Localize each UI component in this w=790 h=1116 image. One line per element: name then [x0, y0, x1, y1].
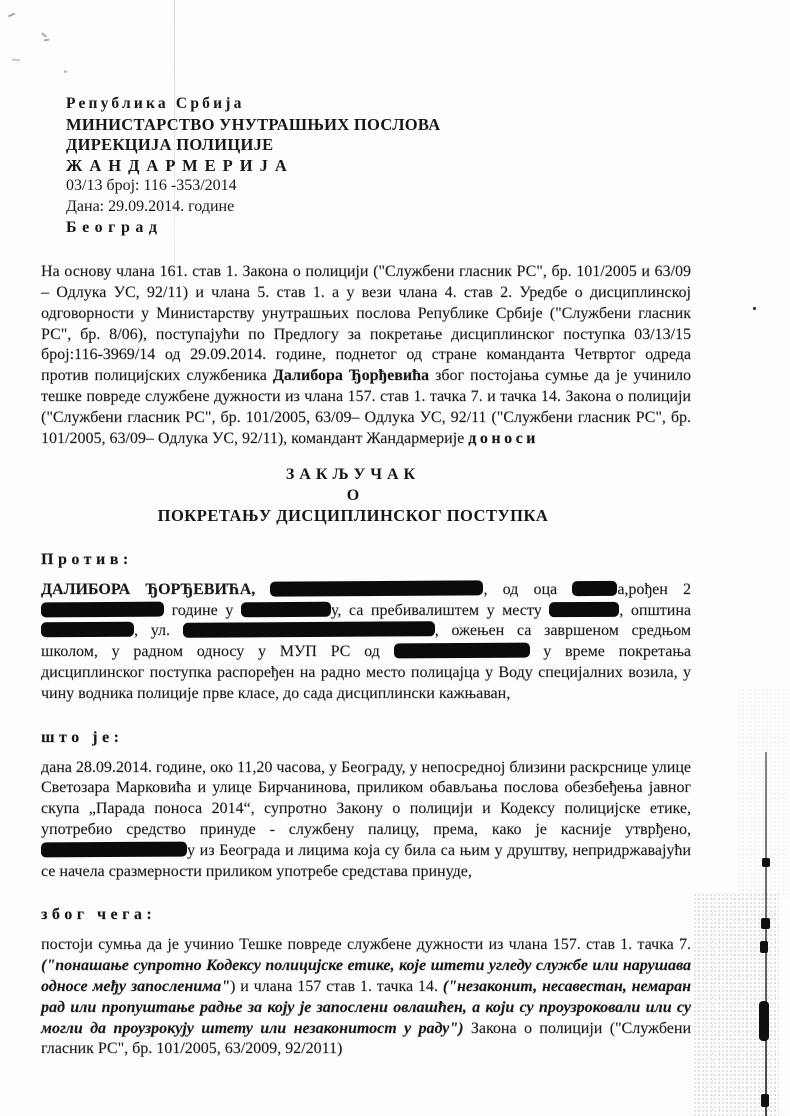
redaction-bar	[394, 643, 530, 659]
case-number: 03/13 број: 116 -353/2014	[66, 176, 691, 197]
scan-artifact-mark	[8, 13, 15, 17]
scan-artifact-edge-blob	[762, 858, 770, 867]
scan-artifact-edge-blob	[761, 918, 770, 929]
redaction-bar	[41, 841, 187, 857]
letterhead-city: Београд	[66, 218, 691, 239]
scan-artifact-edge-blob	[759, 1001, 769, 1041]
scan-artifact-edge-blob	[761, 1094, 769, 1107]
text-segment: године у	[164, 602, 241, 619]
scanned-document-page: Република Србија МИНИСТАРСТВО УНУТРАШЊИХ…	[0, 0, 790, 1116]
text-segment: , ул.	[134, 622, 183, 639]
text-segment: ) и члана 157 став 1. тачка 14.	[230, 978, 443, 995]
title-line-zakljucak: ЗАКЉУЧАК	[41, 465, 665, 486]
text-segment: Далибора Ђорђевића	[273, 367, 429, 384]
incident-description-paragraph: дана 28.09.2014. године, око 11,20 часов…	[41, 758, 691, 883]
scan-artifact-dot	[753, 307, 756, 310]
text-segment: у, са пребивалиштем у месту	[331, 602, 549, 619]
date-line: Дана: 29.09.2014. године	[66, 197, 691, 218]
title-line-pokretanju: ПОКРЕТАЊУ ДИСЦИПЛИНСКОГ ПОСТУПКА	[41, 506, 665, 527]
document-content: Република Србија МИНИСТАРСТВО УНУТРАШЊИХ…	[41, 0, 691, 1060]
charges-paragraph: постоји сумња да је учинио Тешке повреде…	[41, 935, 691, 1060]
legal-basis-paragraph: На основу члана 161. став 1. Закона о по…	[41, 262, 691, 449]
text-segment: постоји сумња да је учинио Тешке повреде…	[41, 936, 691, 953]
letterhead-ministry: МИНИСТАРСТВО УНУТРАШЊИХ ПОСЛОВА	[66, 115, 691, 136]
what-label: што је:	[41, 729, 691, 747]
subject-details-paragraph: ДАЛИБОРА ЂОРЂЕВИЋА, , од оца а,рођен 2 г…	[41, 580, 691, 705]
title-line-o: О	[41, 486, 665, 507]
scan-artifact-edge-streak	[765, 752, 767, 1116]
letterhead-unit: ЖАНДАРМЕРИЈА	[66, 156, 691, 177]
redaction-bar	[572, 581, 617, 596]
text-segment: дана 28.09.2014. године, око 11,20 часов…	[41, 759, 691, 838]
text-segment: , од оца	[483, 581, 572, 598]
text-segment: а,рођен 2	[617, 581, 691, 598]
why-label: због чега:	[41, 906, 691, 924]
redaction-bar	[270, 580, 483, 596]
redaction-bar	[41, 601, 164, 617]
text-segment: На основу члана 161. став 1. Закона о по…	[41, 263, 691, 384]
letterhead-directorate: ДИРЕКЦИЈА ПОЛИЦИЈЕ	[66, 135, 691, 156]
against-label: Против:	[41, 551, 691, 569]
conclusion-title: ЗАКЉУЧАК О ПОКРЕТАЊУ ДИСЦИПЛИНСКОГ ПОСТУ…	[41, 465, 691, 527]
letterhead: Република Србија МИНИСТАРСТВО УНУТРАШЊИХ…	[66, 94, 691, 238]
redaction-bar	[41, 622, 134, 638]
redaction-bar	[241, 601, 331, 617]
redaction-bar	[183, 622, 435, 639]
letterhead-country: Република Србија	[66, 94, 691, 115]
scan-artifact-mark	[12, 59, 20, 61]
text-segment: , општина	[619, 602, 691, 619]
redaction-bar	[549, 601, 619, 616]
text-segment: доноси	[468, 430, 539, 447]
text-segment: ДАЛИБОРА ЂОРЂЕВИЋА,	[41, 581, 270, 598]
scan-artifact-edge-blob	[760, 941, 768, 953]
